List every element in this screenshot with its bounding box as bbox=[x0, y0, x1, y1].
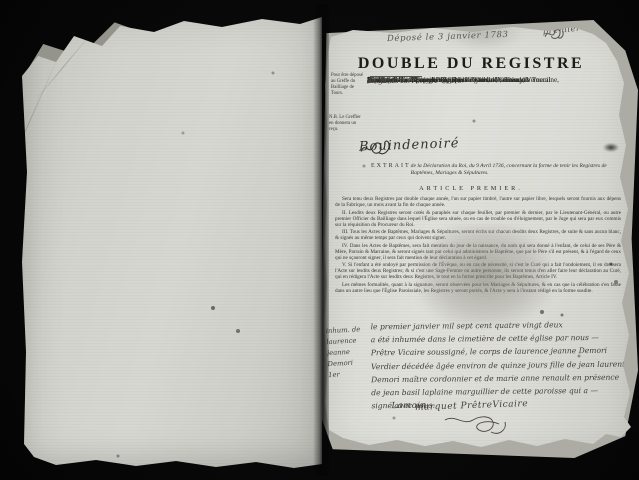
archival-scan: Déposé le 3 janvier 1783 premier DOUBLE … bbox=[0, 0, 639, 480]
margin-note-receipt: N.B. Le Greffier en donnera un reçu. bbox=[329, 115, 363, 133]
article-paragraph: V. Si l'enfant a été ondoyé par permissi… bbox=[335, 262, 621, 280]
extrait-heading: EXTRAIT de la Déclaration du Roi, du 9 A… bbox=[371, 163, 611, 170]
ink-blot bbox=[603, 143, 619, 152]
article-paragraph: IV. Dans les Actes de Baptêmes, sera fai… bbox=[335, 243, 621, 261]
article-paragraph: Sera tenu deux Registres par double chaq… bbox=[335, 196, 621, 208]
paper-crease bbox=[0, 52, 61, 217]
article-paragraph: III. Tous les Actes de Baptêmes, Mariage… bbox=[335, 229, 621, 241]
article-paragraph: Les mêmes formalités, quant à la signatu… bbox=[335, 282, 621, 294]
register-title-page: Déposé le 3 janvier 1783 premier DOUBLE … bbox=[323, 25, 633, 453]
burial-margin-line: 1er bbox=[328, 368, 371, 381]
extrait-body: de la Déclaration du Roi, du 9 Avril 173… bbox=[411, 163, 611, 177]
margin-note-deposit: Pour être déposé au Greffe du Bailliage … bbox=[331, 73, 365, 97]
deposit-annotation: Déposé le 3 janvier 1783 bbox=[387, 30, 509, 44]
paper-crease bbox=[34, 32, 93, 102]
form-print: 1781. bbox=[367, 76, 383, 85]
page-title: DOUBLE DU REGISTRE bbox=[323, 55, 619, 73]
official-signature: Bouindenoiré bbox=[359, 138, 394, 157]
extrait-label: EXTRAIT bbox=[371, 163, 411, 169]
article-heading: ARTICLE PREMIER. bbox=[323, 185, 619, 192]
paraph-flourish-icon bbox=[441, 412, 511, 438]
burial-margin-note: inhum. de laurence jeanne Demori 1er bbox=[326, 324, 371, 381]
binding-gutter-shadow bbox=[313, 4, 329, 476]
article-paragraphs: Sera tenu deux Registres par double chaq… bbox=[335, 196, 621, 295]
blank-verso-page bbox=[22, 12, 322, 470]
paper-speck-layer bbox=[22, 12, 24, 14]
article-paragraph: II. Lesdits deux Registres seront cotés … bbox=[335, 210, 621, 228]
official-signature-text: Bouindenoiré bbox=[359, 136, 460, 155]
